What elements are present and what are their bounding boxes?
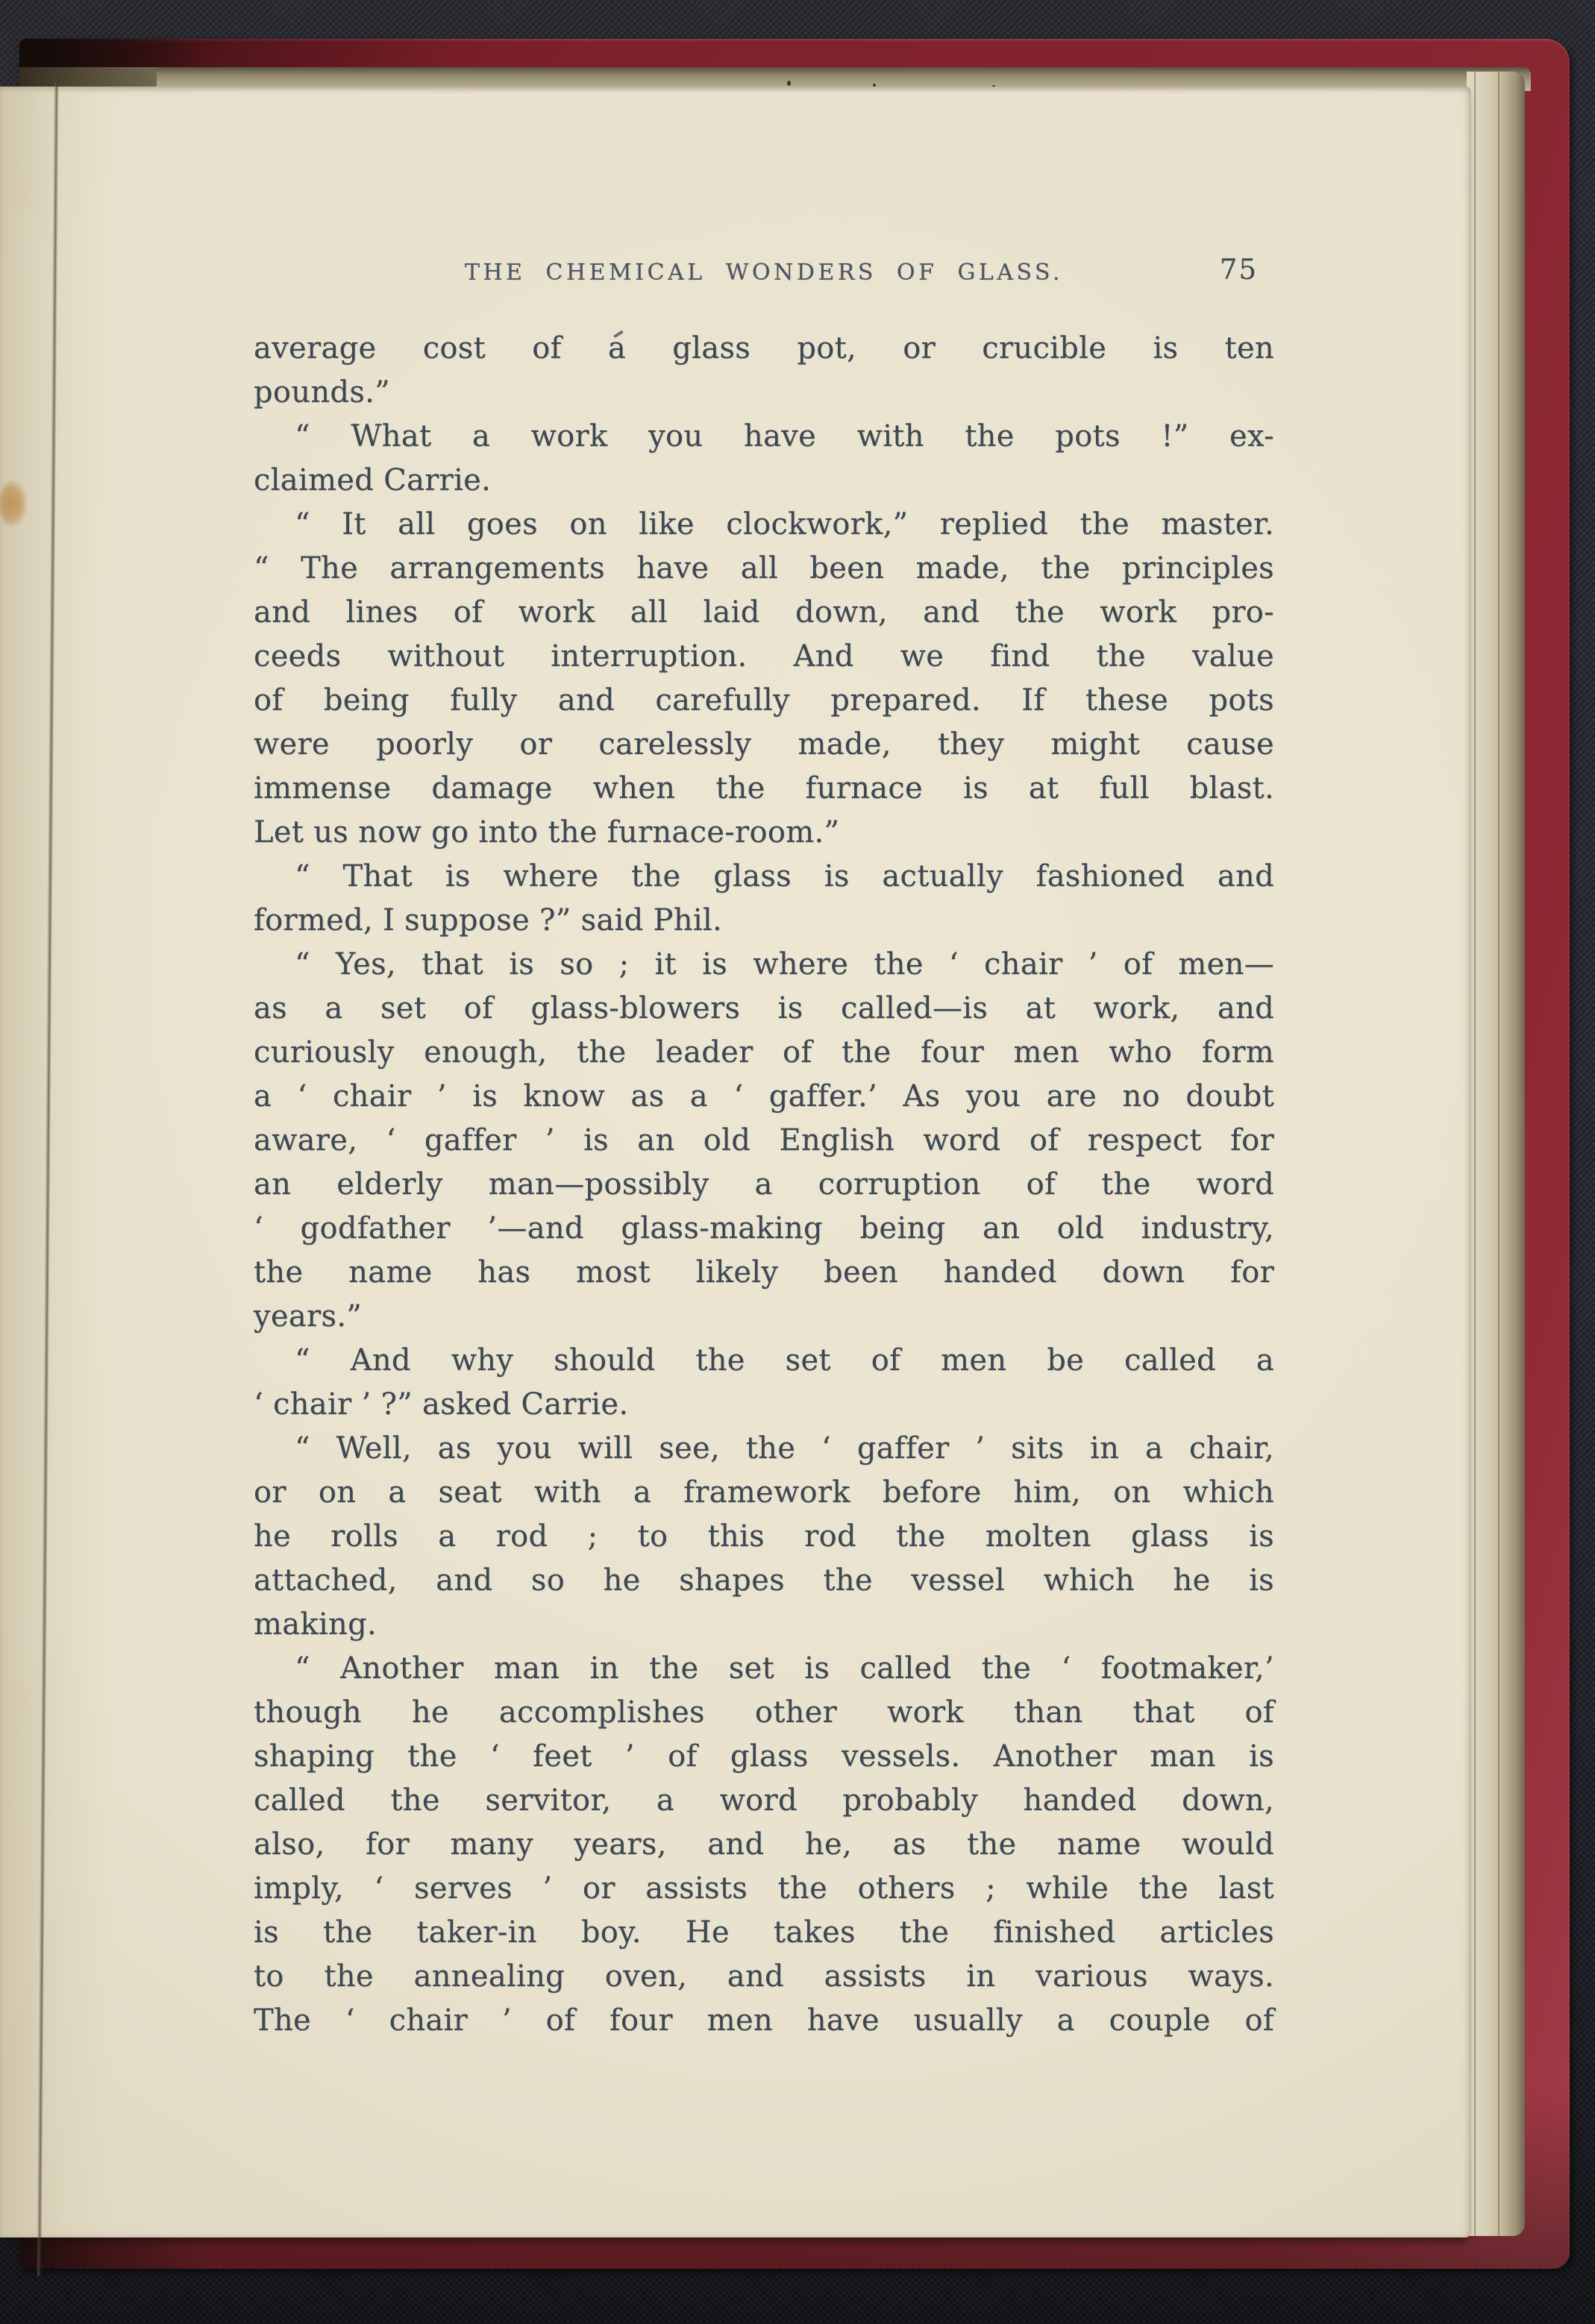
text-line: the name has most likely been handed dow… xyxy=(254,1251,1274,1295)
text-line: formed, I suppose ?” said Phil. xyxy=(254,899,1274,943)
page-title: THE CHEMICAL WONDERS OF GLASS. xyxy=(465,260,1063,286)
page-number: 75 xyxy=(1220,254,1258,286)
page-edge-line xyxy=(1474,72,1476,2236)
text-line: “ Another man in the set is called the ‘… xyxy=(254,1647,1274,1691)
text-line: aware, ‘ gaffer ’ is an old English word… xyxy=(254,1119,1274,1163)
ink-speck xyxy=(787,81,791,86)
text-line: is the taker-in boy. He takes the finish… xyxy=(254,1911,1274,1955)
text-line: “ The arrangements have all been made, t… xyxy=(254,547,1274,591)
text-line: years.” xyxy=(254,1295,1274,1339)
text-line: ceeds without interruption. And we find … xyxy=(254,635,1274,679)
page-stack-right-edge xyxy=(1467,72,1525,2236)
text-line: of being fully and carefully prepared. I… xyxy=(254,679,1274,723)
text-line: “ That is where the glass is actually fa… xyxy=(254,855,1274,899)
text-line: “ Yes, that is so ; it is where the ‘ ch… xyxy=(254,943,1274,987)
text-line: also, for many years, and he, as the nam… xyxy=(254,1823,1274,1867)
text-line: Let us now go into the furnace-room.” xyxy=(254,811,1274,855)
text-line: ‘ godfather ’—and glass-making being an … xyxy=(254,1207,1274,1251)
text-line: or on a seat with a framework before him… xyxy=(254,1471,1274,1515)
text-line: called the servitor, a word probably han… xyxy=(254,1779,1274,1823)
text-line: an elderly man—possibly a corruption of … xyxy=(254,1163,1274,1207)
text-line: to the annealing oven, and assists in va… xyxy=(254,1955,1274,1999)
text-line: immense damage when the furnace is at fu… xyxy=(254,767,1274,811)
text-line: and lines of work all laid down, and the… xyxy=(254,591,1274,635)
scanned-book-page: THE CHEMICAL WONDERS OF GLASS. 75 averag… xyxy=(0,87,1471,2237)
text-line: The ‘ chair ’ of four men have usually a… xyxy=(254,1999,1274,2043)
text-line: average cost of a glass pot, or crucible… xyxy=(254,327,1274,371)
text-line: shaping the ‘ feet ’ of glass vessels. A… xyxy=(254,1735,1274,1779)
text-line: curiously enough, the leader of the four… xyxy=(254,1031,1274,1075)
text-line: “ What a work you have with the pots !” … xyxy=(254,415,1274,459)
text-line: attached, and so he shapes the vessel wh… xyxy=(254,1559,1274,1603)
text-line: “ Well, as you will see, the ‘ gaffer ’ … xyxy=(254,1427,1274,1471)
text-line: imply, ‘ serves ’ or assists the others … xyxy=(254,1867,1274,1911)
text-line: ‘ chair ’ ?” asked Carrie. xyxy=(254,1383,1274,1427)
text-line: were poorly or carelessly made, they mig… xyxy=(254,723,1274,767)
text-line: “ It all goes on like clockwork,” replie… xyxy=(254,503,1274,547)
text-line: a ‘ chair ’ is know as a ‘ gaffer.’ As y… xyxy=(254,1075,1274,1119)
page-edge-line xyxy=(1498,72,1500,2236)
running-header: THE CHEMICAL WONDERS OF GLASS. 75 xyxy=(254,260,1274,292)
text-line: he rolls a rod ; to this rod the molten … xyxy=(254,1515,1274,1559)
text-line: “ And why should the set of men be calle… xyxy=(254,1339,1274,1383)
text-line: though he accomplishes other work than t… xyxy=(254,1691,1274,1735)
text-line: pounds.” xyxy=(254,371,1274,415)
text-line: claimed Carrie. xyxy=(254,459,1274,503)
text-line: as a set of glass-blowers is called—is a… xyxy=(254,987,1274,1031)
text-block: average cost of a glass pot, or crucible… xyxy=(254,327,1274,2043)
text-line: making. xyxy=(254,1603,1274,1647)
